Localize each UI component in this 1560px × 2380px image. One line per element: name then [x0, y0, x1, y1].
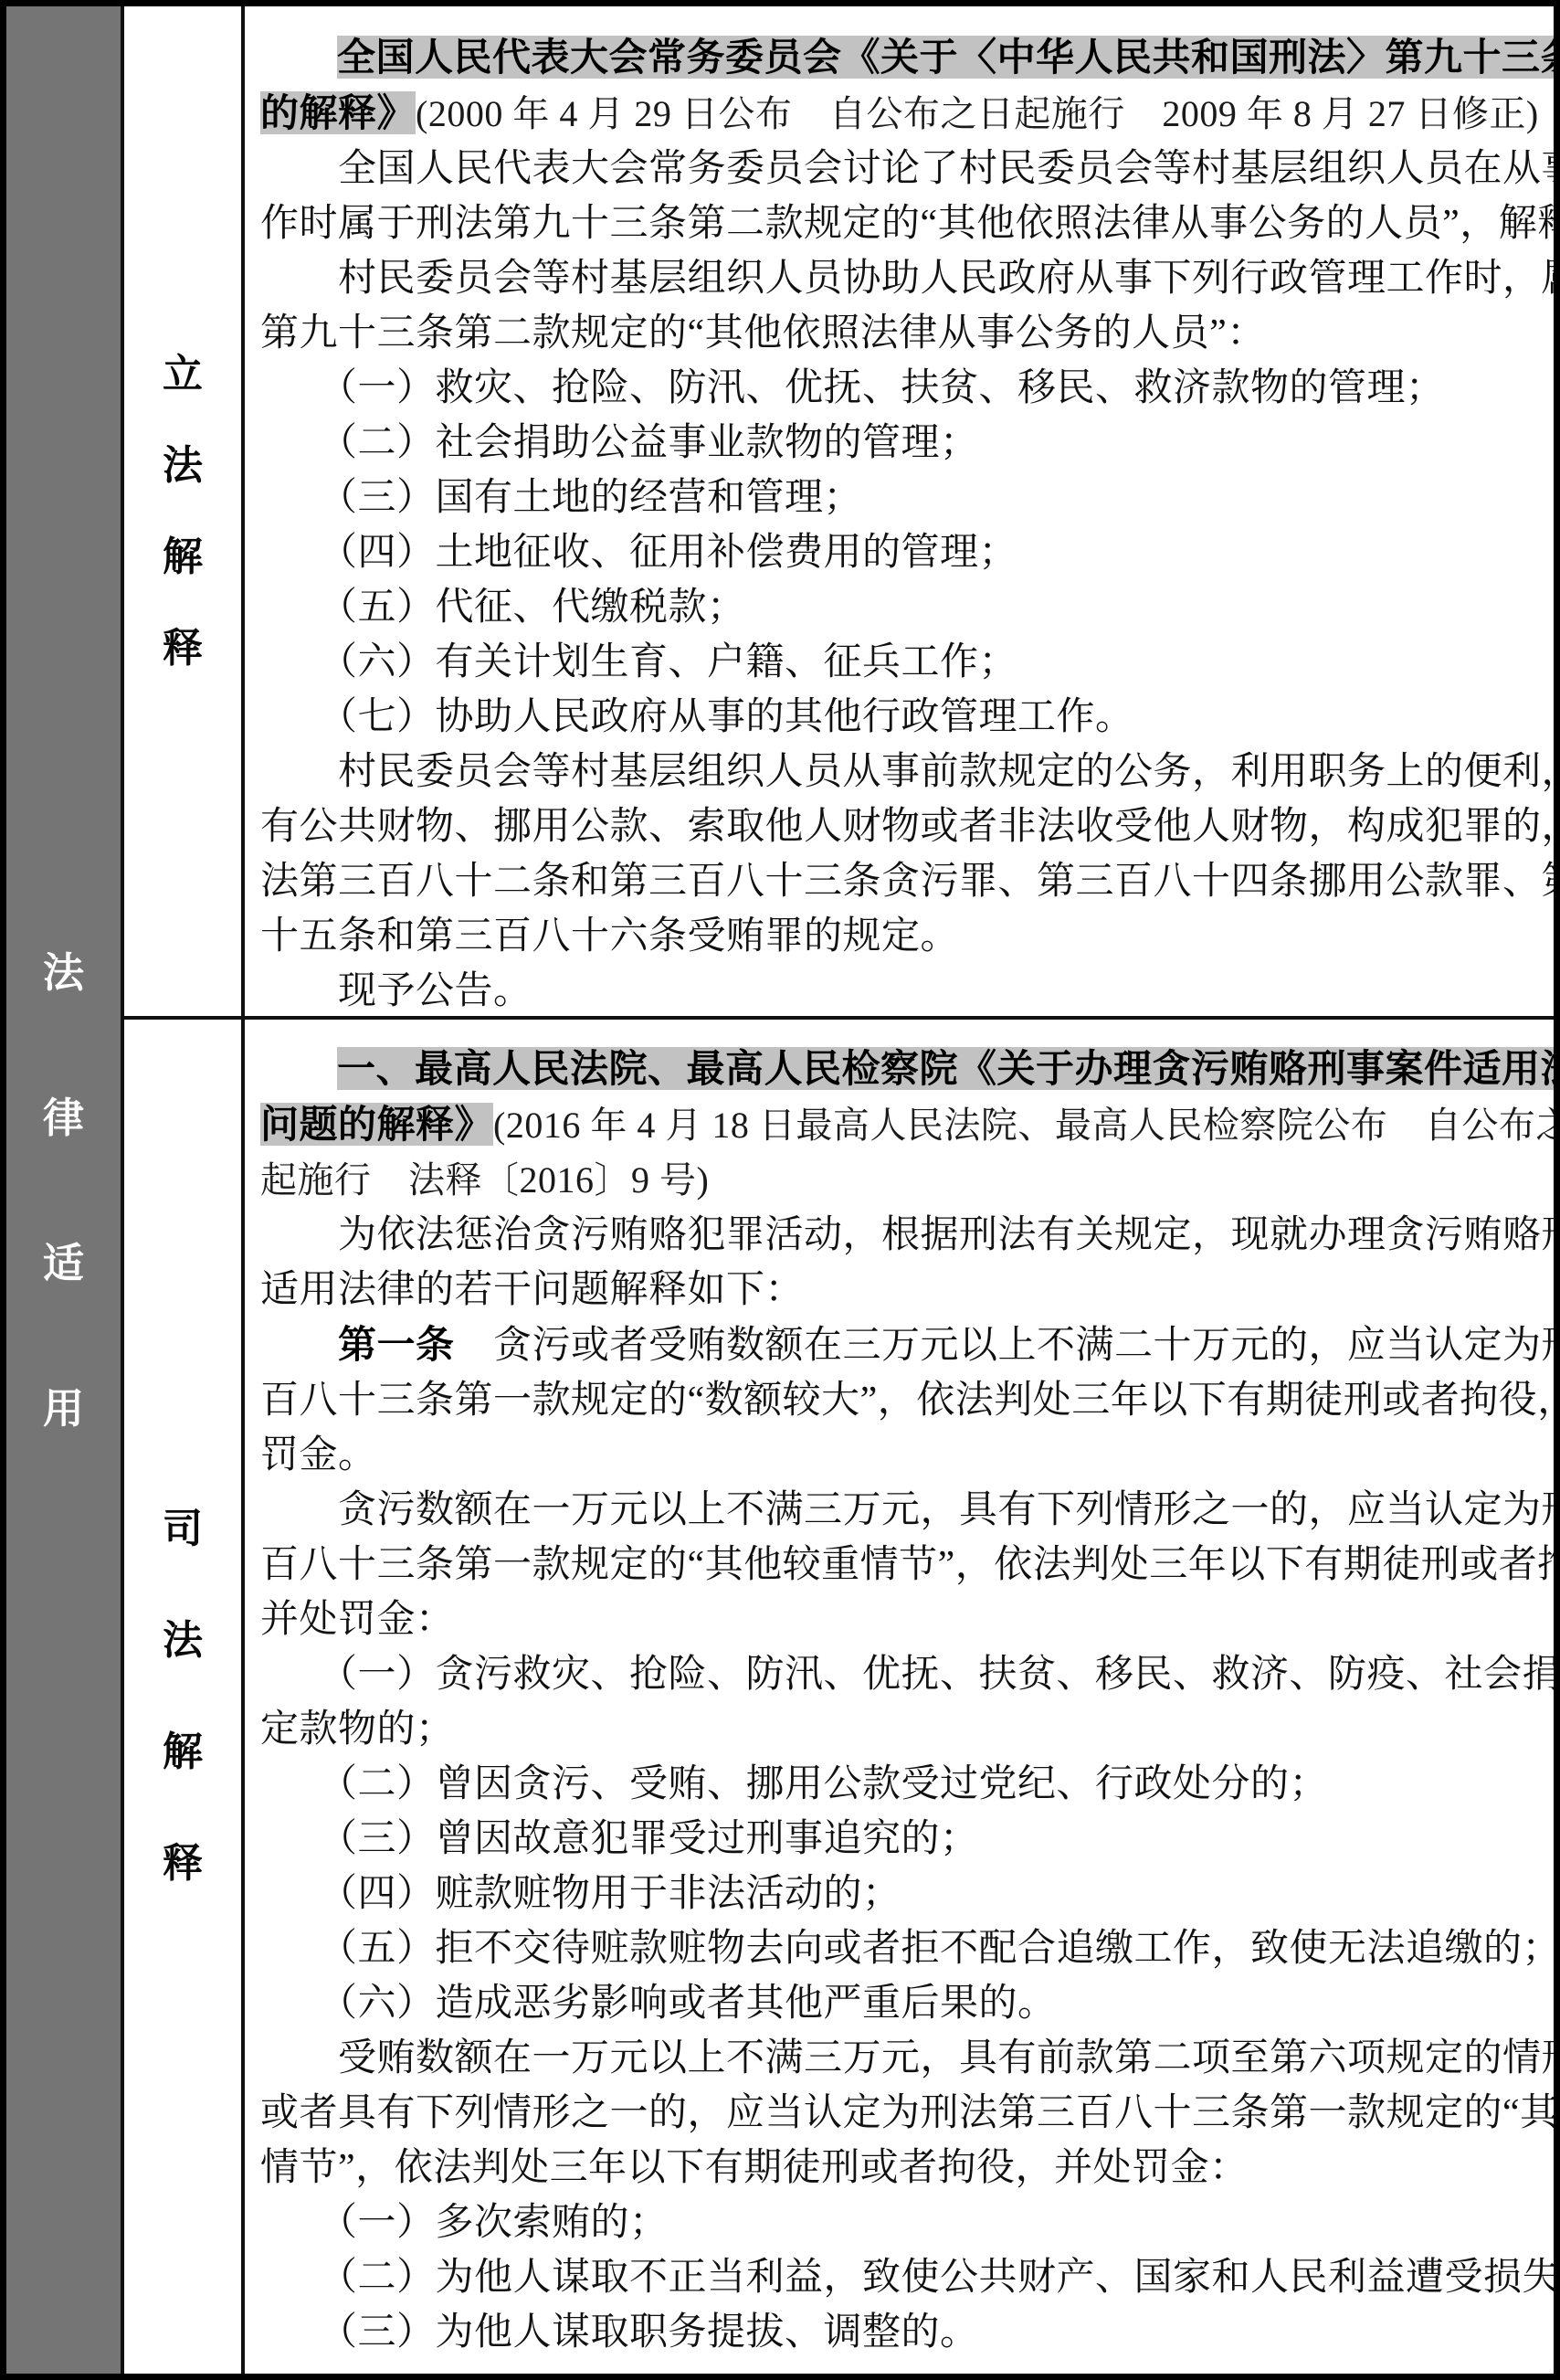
title-highlight: 的解释》 — [260, 91, 416, 134]
list-item-line: （一）贪污救灾、抢险、防汛、优抚、扶贫、移民、救济、防疫、社会捐助等特 — [260, 1647, 1543, 1702]
text-line: 作时属于刑法第九十三条第二款规定的“其他依照法律从事公务的人员”，解释如下： — [260, 196, 1543, 251]
row-label-char: 解 — [163, 1732, 203, 1772]
section-text: 全国人民代表大会常务委员会《关于〈中华人民共和国刑法〉第九十三条第二款 的解释》… — [245, 6, 1554, 1016]
list-item-line: （三）为他人谋取职务提拔、调整的。 — [260, 2305, 1543, 2360]
section-text: 一、最高人民法院、最高人民检察院《关于办理贪污贿赂刑事案件适用法律若干 问题的解… — [245, 1020, 1554, 2374]
section-judicial-interpretation: 司 法 解 释 一、最高人民法院、最高人民检察院《关于办理贪污贿赂刑事案件适用法… — [124, 1020, 1554, 2374]
text-line: 或者具有下列情形之一的，应当认定为刑法第三百八十三条第一款规定的“其他较重 — [260, 2086, 1543, 2141]
row-label-char: 释 — [163, 1844, 203, 1884]
row-label-char: 法 — [163, 446, 203, 486]
row-label-char: 立 — [163, 354, 203, 395]
text-line: 为依法惩治贪污贿赂犯罪活动，根据刑法有关规定，现就办理贪污贿赂刑事案件 — [260, 1208, 1543, 1263]
list-item-line: （五）代征、代缴税款； — [260, 580, 1543, 635]
chapter-tab-char: 用 — [43, 1388, 84, 1429]
text-line: 有公共财物、挪用公款、索取他人财物或者非法收受他人财物，构成犯罪的，适用刑 — [260, 799, 1543, 854]
text-line: 并处罚金： — [260, 1592, 1543, 1647]
section-title-line: 一、最高人民法院、最高人民检察院《关于办理贪污贿赂刑事案件适用法律若干 — [260, 1042, 1543, 1097]
section-title-line: 起施行 法释〔2016〕9 号) — [260, 1153, 1543, 1208]
list-item-line: （七）协助人民政府从事的其他行政管理工作。 — [260, 690, 1543, 745]
title-highlight: 问题的解释》 — [260, 1103, 493, 1146]
text-line: 百八十三条第一款规定的“其他较重情节”，依法判处三年以下有期徒刑或者拘役， — [260, 1538, 1543, 1592]
list-item-line: （二）为他人谋取不正当利益，致使公共财产、国家和人民利益遭受损失的； — [260, 2250, 1543, 2305]
row-label-char: 司 — [163, 1509, 203, 1550]
list-item-line: （一）救灾、抢险、防汛、优抚、扶贫、移民、救济款物的管理； — [260, 361, 1543, 416]
page-table: 法 律 适 用 立 法 解 释 全国人民代表大会常务委员会《关于〈中华人民共和国… — [6, 6, 1554, 2374]
list-item-line: （一）多次索贿的； — [260, 2195, 1543, 2250]
list-item-line: （四）赃款赃物用于非法活动的； — [260, 1867, 1543, 1921]
section-legislative-interpretation: 立 法 解 释 全国人民代表大会常务委员会《关于〈中华人民共和国刑法〉第九十三条… — [124, 6, 1554, 1020]
book-page: 法 律 适 用 立 法 解 释 全国人民代表大会常务委员会《关于〈中华人民共和国… — [0, 0, 1560, 2380]
text-line: 罚金。 — [260, 1428, 1543, 1483]
list-item-line: （六）造成恶劣影响或者其他严重后果的。 — [260, 1976, 1543, 2031]
text-line: 第九十三条第二款规定的“其他依照法律从事公务的人员”： — [260, 306, 1543, 361]
list-item-line: （六）有关计划生育、户籍、征兵工作； — [260, 635, 1543, 690]
chapter-tab-char: 律 — [43, 1097, 84, 1138]
list-item-line: 定款物的； — [260, 1702, 1543, 1757]
line-text: 贪污或者受贿数额在三万元以上不满二十万元的，应当认定为刑法第三 — [455, 1325, 1560, 1367]
text-line: 百八十三条第一款规定的“数额较大”，依法判处三年以下有期徒刑或者拘役，并处 — [260, 1373, 1543, 1428]
section-title-line: 问题的解释》(2016 年 4 月 18 日最高人民法院、最高人民检察院公布 自… — [260, 1097, 1543, 1153]
content-rows: 立 法 解 释 全国人民代表大会常务委员会《关于〈中华人民共和国刑法〉第九十三条… — [124, 6, 1554, 2374]
chapter-tab-char: 法 — [43, 952, 84, 993]
list-item-line: （二）社会捐助公益事业款物的管理； — [260, 416, 1543, 471]
text-line: 贪污数额在一万元以上不满三万元，具有下列情形之一的，应当认定为刑法第三 — [260, 1483, 1543, 1538]
text-line: 情节”，依法判处三年以下有期徒刑或者拘役，并处罚金： — [260, 2141, 1543, 2195]
title-highlight: 一、最高人民法院、最高人民检察院《关于办理贪污贿赂刑事案件适用法律若干 — [337, 1047, 1560, 1090]
text-line: 全国人民代表大会常务委员会讨论了村民委员会等村基层组织人员在从事哪些工 — [260, 142, 1543, 196]
row-label-judicial: 司 法 解 释 — [124, 1020, 245, 2374]
text-line: 现予公告。 — [260, 964, 1543, 1019]
article-line: 第一条 贪污或者受贿数额在三万元以上不满二十万元的，应当认定为刑法第三 — [260, 1317, 1543, 1373]
title-meta: (2016 年 4 月 18 日最高人民法院、最高人民检察院公布 自公布之日 — [493, 1105, 1560, 1146]
section-title-line: 的解释》(2000 年 4 月 29 日公布 自公布之日起施行 2009 年 8… — [260, 86, 1543, 142]
title-meta: (2000 年 4 月 29 日公布 自公布之日起施行 2009 年 8 月 2… — [416, 93, 1539, 134]
row-label-char: 释 — [163, 629, 203, 669]
article-number: 第一条 — [260, 1323, 455, 1366]
list-item-line: （三）国有土地的经营和管理； — [260, 471, 1543, 525]
text-line: 十五条和第三百八十六条受贿罪的规定。 — [260, 909, 1543, 964]
chapter-tab-char: 适 — [43, 1243, 84, 1284]
title-highlight: 全国人民代表大会常务委员会《关于〈中华人民共和国刑法〉第九十三条第二款 — [337, 36, 1560, 79]
list-item-line: （三）曾因故意犯罪受过刑事追究的； — [260, 1812, 1543, 1867]
list-item-line: （五）拒不交待赃款赃物去向或者拒不配合追缴工作，致使无法追缴的； — [260, 1921, 1543, 1976]
chapter-tab-law-application: 法 律 适 用 — [6, 6, 124, 2374]
row-label-char: 法 — [163, 1621, 203, 1661]
text-line: 法第三百八十二条和第三百八十三条贪污罪、第三百八十四条挪用公款罪、第三百八 — [260, 854, 1543, 909]
text-line: 适用法律的若干问题解释如下： — [260, 1263, 1543, 1317]
list-item-line: （二）曾因贪污、受贿、挪用公款受过党纪、行政处分的； — [260, 1757, 1543, 1812]
text-line: 村民委员会等村基层组织人员协助人民政府从事下列行政管理工作时，属于刑法 — [260, 251, 1543, 306]
list-item-line: （四）土地征收、征用补偿费用的管理； — [260, 525, 1543, 580]
row-label-legislative: 立 法 解 释 — [124, 6, 245, 1016]
row-label-char: 解 — [163, 537, 203, 577]
section-title-line: 全国人民代表大会常务委员会《关于〈中华人民共和国刑法〉第九十三条第二款 — [260, 30, 1543, 86]
text-line: 受贿数额在一万元以上不满三万元，具有前款第二项至第六项规定的情形之一， — [260, 2031, 1543, 2086]
title-meta: 起施行 法释〔2016〕9 号) — [260, 1159, 709, 1201]
text-line: 村民委员会等村基层组织人员从事前款规定的公务，利用职务上的便利，非法占 — [260, 745, 1543, 799]
